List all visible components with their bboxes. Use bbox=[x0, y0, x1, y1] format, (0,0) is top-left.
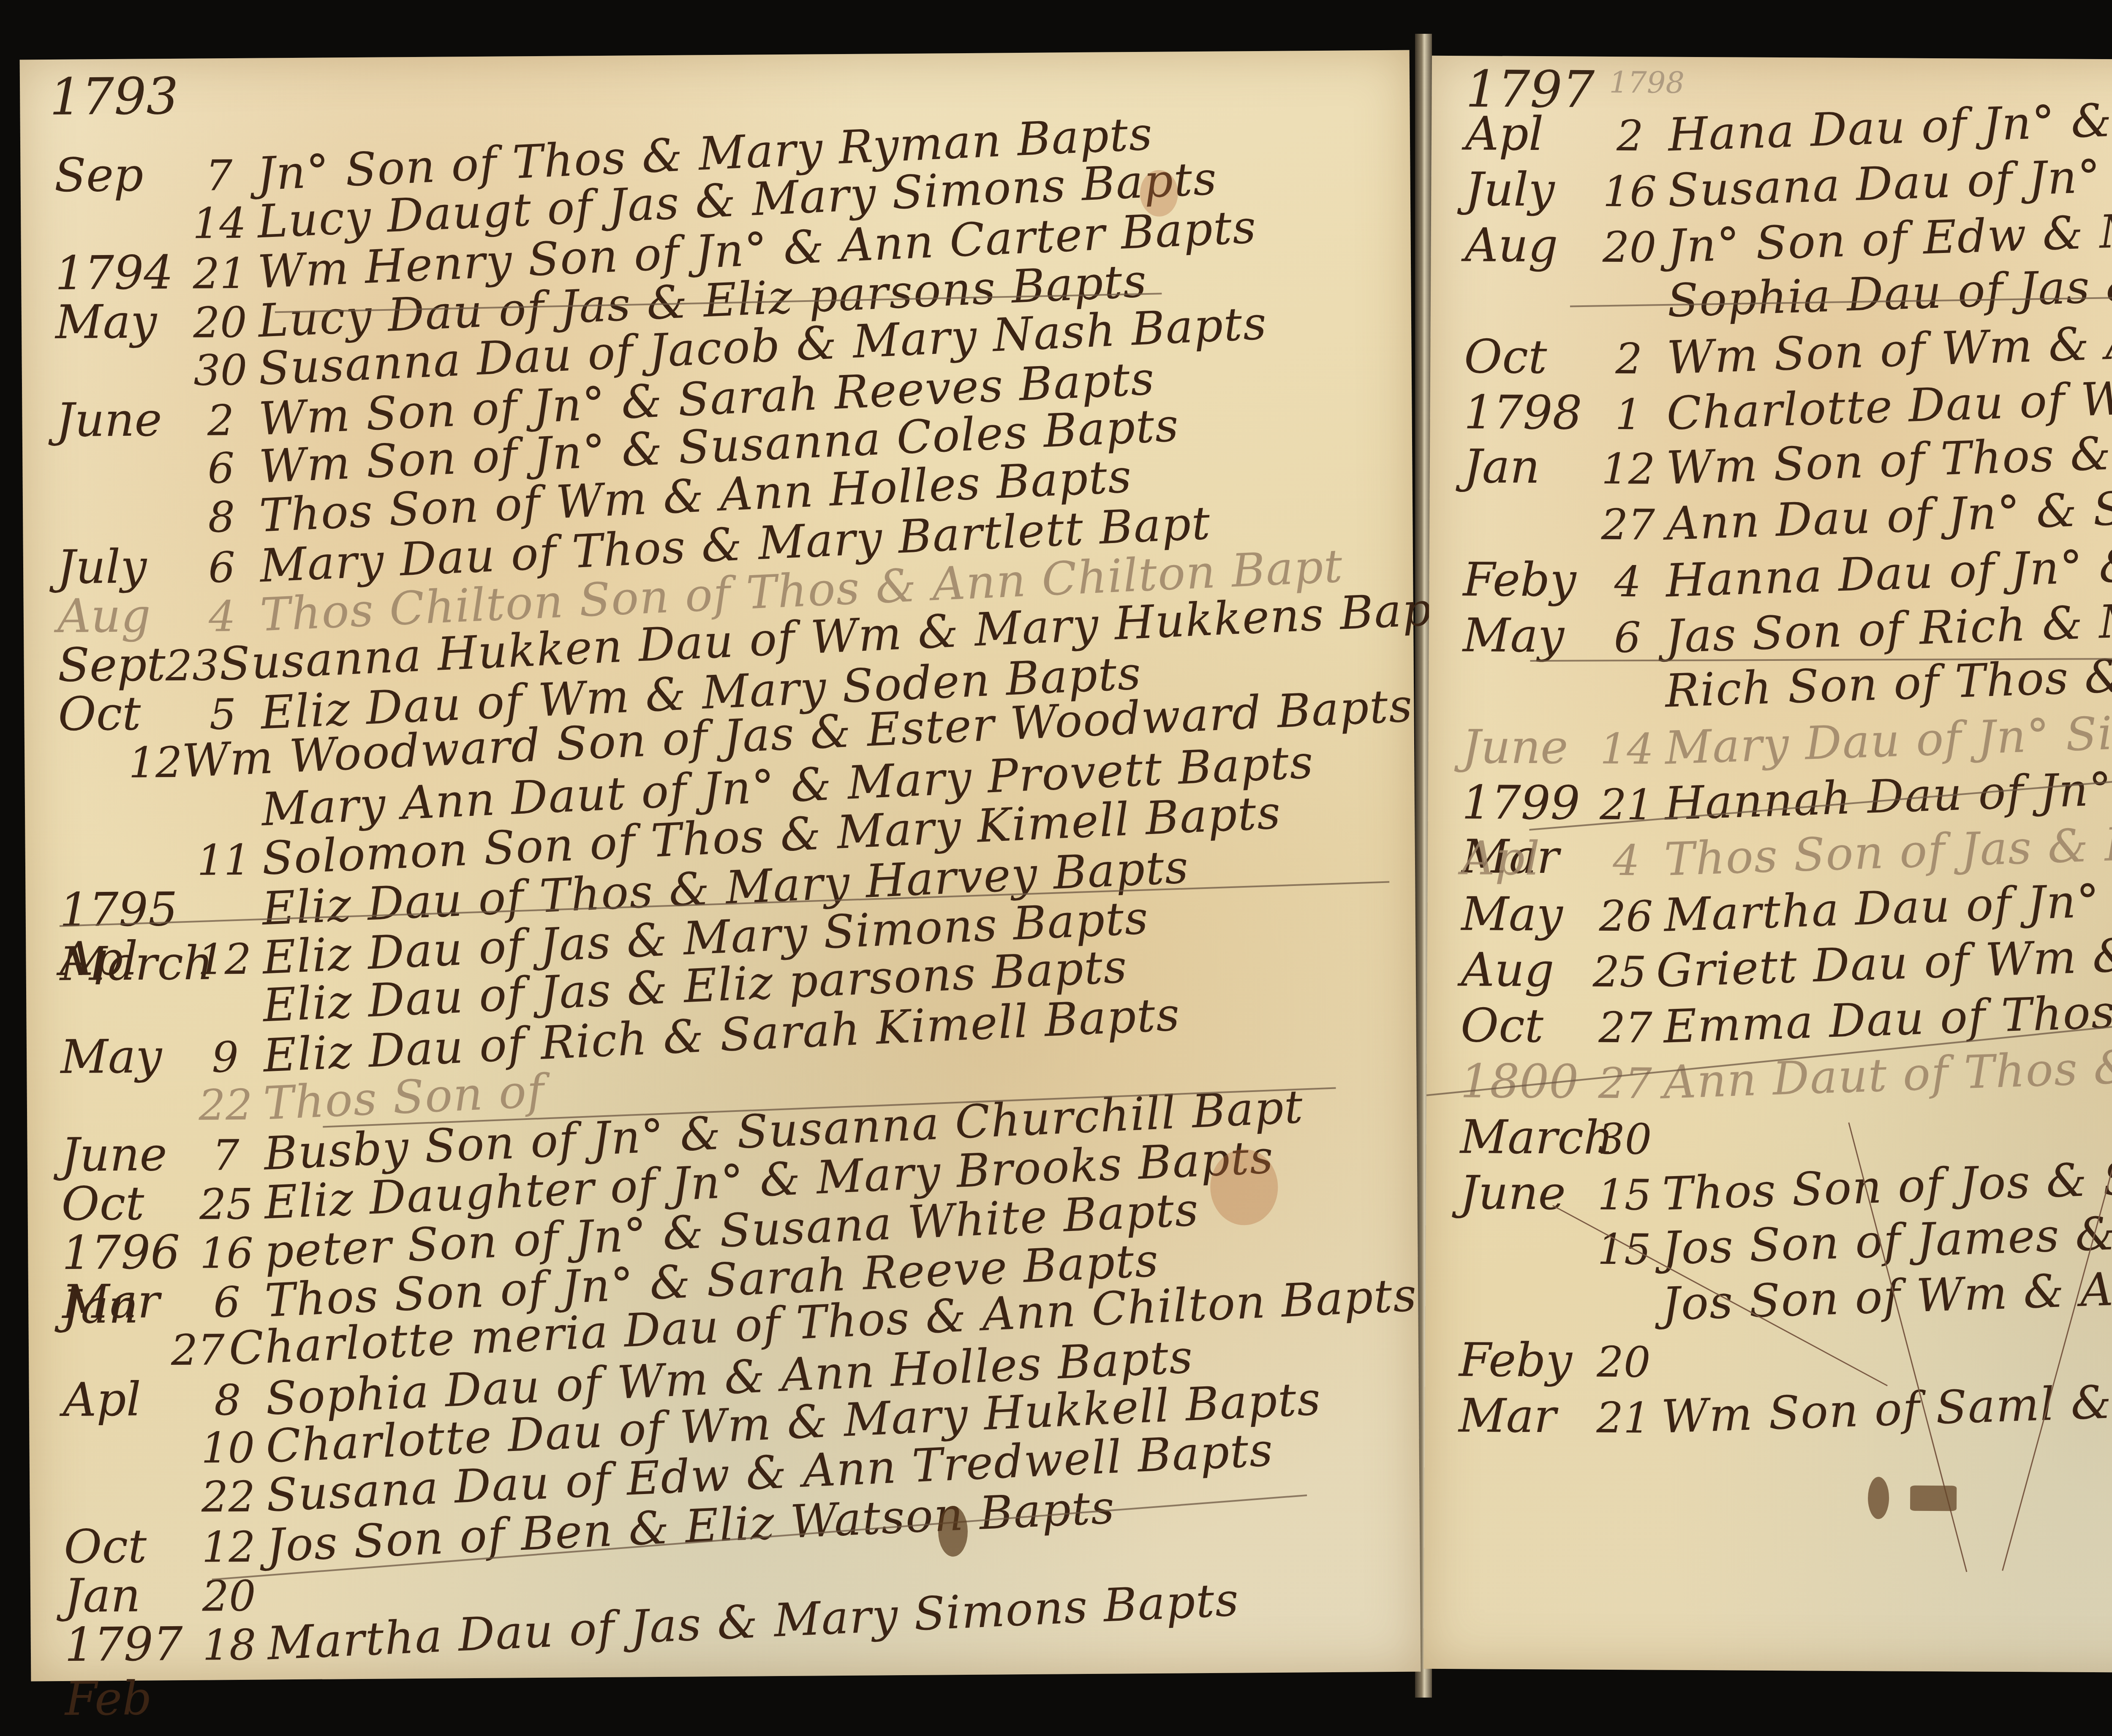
ink-blot bbox=[1868, 1477, 1889, 1519]
entry-day: 20 bbox=[1586, 1337, 1662, 1387]
entry-month: Oct bbox=[1427, 998, 1588, 1053]
entry-day: 2 bbox=[1591, 334, 1667, 384]
entry-day: 25 bbox=[188, 1179, 264, 1229]
entry-month: May bbox=[1429, 608, 1590, 663]
entry-day: 27 bbox=[1587, 1059, 1663, 1108]
entry-month bbox=[25, 826, 185, 827]
right-page: 1797 1798 7 1873 1799 Im 6 4n Apl2Hana D… bbox=[1423, 56, 2112, 1676]
entry-month bbox=[1431, 315, 1591, 316]
ink-blot bbox=[1910, 1486, 1957, 1511]
entry-day: 2 bbox=[1592, 111, 1668, 161]
entry-day: 4 bbox=[184, 592, 260, 641]
entry-month: March bbox=[1426, 1110, 1587, 1165]
entry-day: 14 bbox=[1589, 724, 1665, 774]
entry-day: 23 bbox=[165, 641, 219, 690]
entry-month bbox=[25, 875, 186, 876]
entry-month: June bbox=[1426, 1165, 1587, 1220]
entry-day: 22 bbox=[188, 1080, 264, 1130]
entry-day bbox=[187, 1021, 263, 1022]
entry-day: 7 bbox=[188, 1130, 264, 1180]
entry-day: 20 bbox=[182, 298, 259, 348]
entry-month bbox=[22, 385, 182, 386]
entry-day: 11 bbox=[185, 835, 262, 885]
entry-month: Oct bbox=[27, 1176, 188, 1231]
entry-month: Sept bbox=[24, 637, 166, 692]
entry-day: 18 bbox=[191, 1620, 267, 1670]
entry-day: 27 bbox=[1590, 500, 1666, 550]
entry-day: 4 bbox=[1589, 557, 1666, 607]
entry-day: 12 bbox=[1590, 444, 1667, 494]
entry-day: 22 bbox=[190, 1472, 267, 1522]
entry-month: Sep bbox=[20, 147, 181, 203]
foxing-stain bbox=[1210, 1149, 1278, 1225]
entry-day: 9 bbox=[187, 1032, 264, 1082]
entry-month bbox=[30, 1512, 191, 1513]
entry-month: Oct bbox=[24, 686, 185, 742]
entry-month bbox=[23, 532, 183, 533]
entry-day: 10 bbox=[190, 1423, 266, 1473]
entry-month: Aug bbox=[1427, 943, 1583, 997]
entry-day: 26 bbox=[1588, 891, 1664, 941]
entry-month bbox=[1429, 538, 1590, 539]
entry-month: June bbox=[27, 1127, 188, 1182]
entry-day bbox=[1586, 1320, 1662, 1320]
entry-day: 30 bbox=[1587, 1114, 1663, 1164]
entry-month: May bbox=[1427, 887, 1588, 942]
entry-month bbox=[1425, 1319, 1586, 1320]
entry-day: 21 bbox=[1585, 1393, 1662, 1443]
entry-day: 14 bbox=[181, 198, 258, 248]
entry-month bbox=[30, 1463, 190, 1464]
entry-month: Apl bbox=[1428, 831, 1589, 886]
entry-month: Aug bbox=[1431, 218, 1592, 273]
entry-month: Oct bbox=[1430, 329, 1591, 384]
entry-day bbox=[186, 925, 262, 925]
ink-blot bbox=[938, 1506, 968, 1557]
entry-month: Jan bbox=[30, 1568, 191, 1623]
entry-day: 20 bbox=[1591, 223, 1668, 272]
entry-day bbox=[1591, 316, 1667, 317]
entry-day: 6 bbox=[1589, 613, 1666, 663]
entry-day: 8 bbox=[183, 492, 260, 542]
entry-month: May bbox=[27, 1029, 188, 1084]
foxing-stain bbox=[1140, 170, 1178, 217]
entry-day: 15 bbox=[1586, 1225, 1663, 1274]
entry-day: 16 bbox=[188, 1228, 265, 1278]
entry-day: 12 bbox=[128, 738, 182, 788]
left-page-entries: Sep7Jn° Son of Thos & Mary Ryman Bapts14… bbox=[20, 50, 1421, 1682]
entry-day: 15 bbox=[1587, 1170, 1663, 1220]
entry-day: 30 bbox=[182, 345, 259, 395]
entry-month: July bbox=[23, 539, 184, 595]
entry-month: Apl bbox=[26, 931, 187, 986]
entry-month bbox=[1426, 1263, 1586, 1264]
entry-month: 1797 Feb bbox=[30, 1617, 192, 1726]
entry-day: 4 bbox=[1588, 836, 1665, 886]
entry-month bbox=[27, 1120, 188, 1121]
entry-day: 1 bbox=[1590, 390, 1667, 440]
entry-month: June bbox=[1428, 720, 1589, 774]
entry-day: 27 bbox=[166, 1325, 229, 1375]
register-entry: 1797 Feb18Martha Dau of Jas & Mary Simon… bbox=[30, 1608, 1421, 1677]
entry-month: Mar bbox=[28, 1274, 189, 1329]
entry-month: Apl bbox=[1432, 106, 1592, 161]
entry-month bbox=[25, 777, 129, 778]
entry-month: June bbox=[22, 392, 183, 448]
entry-month: Feby bbox=[1425, 1333, 1586, 1388]
entry-month bbox=[1430, 483, 1590, 484]
entry-day: 7 bbox=[181, 151, 257, 201]
entry-month bbox=[29, 1365, 166, 1366]
entry-day: 21 bbox=[182, 249, 258, 299]
entry-month: Aug bbox=[23, 588, 184, 644]
entry-day bbox=[185, 826, 261, 826]
entry-month: Mar bbox=[1425, 1388, 1586, 1443]
entry-month: Apl bbox=[29, 1372, 190, 1427]
entry-day: 16 bbox=[1592, 167, 1668, 217]
entry-day: 6 bbox=[189, 1277, 265, 1327]
entry-day bbox=[1589, 706, 1665, 707]
entry-day: 6 bbox=[183, 443, 259, 493]
entry-month: 1794 bbox=[21, 245, 182, 301]
entry-day: 12 bbox=[191, 1522, 267, 1572]
entry-month bbox=[27, 1022, 187, 1023]
entry-month bbox=[21, 238, 182, 239]
entry-month: July bbox=[1431, 162, 1592, 217]
entry-month: Feby bbox=[1429, 552, 1590, 607]
entry-day: 12 bbox=[186, 935, 263, 984]
entry-day: 6 bbox=[184, 543, 260, 592]
entry-day: 25 bbox=[1583, 947, 1656, 997]
entry-month bbox=[1429, 706, 1589, 706]
entry-month: May bbox=[22, 294, 182, 350]
entry-text: Hana Dau of Jn° & Mary Provis Bapts bbox=[1667, 79, 2112, 162]
entry-day: 2 bbox=[182, 396, 259, 446]
entry-day: 27 bbox=[1587, 1003, 1664, 1053]
entry-month: Oct bbox=[30, 1519, 191, 1574]
register-entry: Mar21Wm Son of Saml & Mary Blaby Bapts bbox=[1425, 1388, 2112, 1455]
entry-day: 8 bbox=[189, 1375, 266, 1425]
entry-month bbox=[23, 483, 183, 484]
left-page: 1793 Sep7Jn° Son of Thos & Mary Ryman Ba… bbox=[20, 50, 1421, 1682]
